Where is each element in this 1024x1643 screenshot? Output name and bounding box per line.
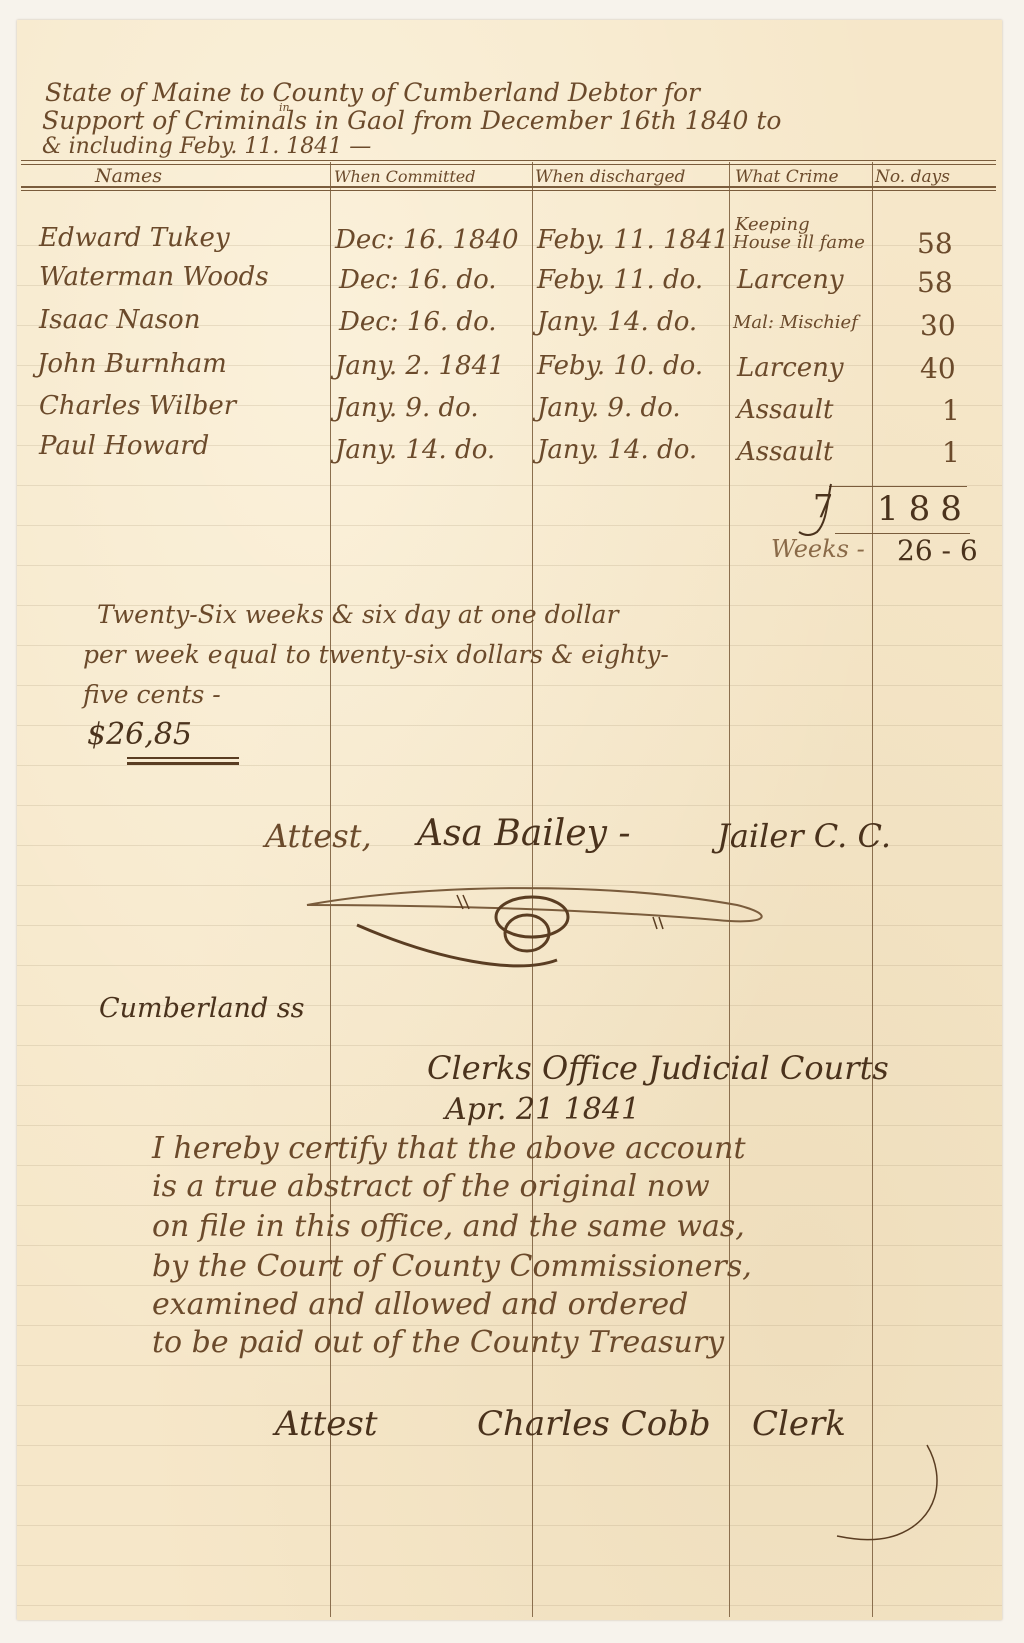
cert-line: is a true abstract of the original now [152,1172,710,1202]
cell-crime: House ill fame [733,234,865,252]
jailer-title: Jailer C. C. [717,820,891,852]
division-bracket [797,482,837,542]
amount-underline [127,762,239,765]
cell-days: 30 [920,312,956,340]
amount-underline [127,757,239,759]
cell-crime: Assault [737,397,833,423]
office-line: Clerks Office Judicial Courts [427,1052,889,1084]
cell-discharged: Feby. 10. do. [537,353,703,379]
weeks-label: Weeks - [771,537,865,561]
cell-days: 58 [917,230,953,258]
cell-committed: Dec: 16. 1840 [335,227,519,253]
cert-line: to be paid out of the County Treasury [152,1328,724,1358]
division-total: 188 [877,492,972,526]
column-header-names: Names [95,167,162,186]
cell-discharged: Jany. 14. do. [537,309,697,335]
cert-line: I hereby certify that the above account [152,1134,746,1164]
cell-crime: Assault [737,439,833,465]
cell-discharged: Feby. 11. 1841 [537,227,729,253]
cert-date: Apr. 21 1841 [445,1095,640,1125]
clerk-attest-label: Attest [275,1407,378,1441]
sum-rule [829,486,967,487]
cell-discharged: Jany. 14. do. [537,437,697,463]
document-page: State of Maine to County of Cumberland D… [17,20,1002,1620]
header-rule [21,160,996,161]
column-divider [872,162,873,1617]
cell-committed: Jany. 14. do. [335,437,495,463]
cell-crime: Larceny [737,267,844,293]
attest-label: Attest, [265,820,372,852]
signature-jailer: Asa Bailey - [417,816,631,852]
signature-flourish [297,865,797,975]
cell-name: Paul Howard [39,433,209,459]
summary-line: five cents - [83,682,221,707]
weeks-result: 26 - 6 [897,537,978,565]
clerk-title: Clerk [752,1407,846,1441]
column-header-days: No. days [875,169,950,186]
amount: $26,85 [87,720,192,750]
header-rule [21,164,996,165]
column-header-discharged: When discharged [535,169,685,186]
column-header-crime: What Crime [735,169,839,186]
header-rule [21,190,996,191]
cert-line: by the Court of County Commissioners, [152,1252,752,1282]
cert-line: examined and allowed and ordered [152,1290,688,1320]
cell-discharged: Feby. 11. do. [537,267,703,293]
cell-discharged: Jany. 9. do. [537,395,681,421]
heading-line: State of Maine to County of Cumberland D… [45,80,700,105]
signature-clerk: Charles Cobb [477,1407,711,1441]
cell-committed: Dec: 16. do. [339,267,497,293]
cell-name: Waterman Woods [39,264,269,290]
cell-crime: Larceny [737,355,844,381]
cell-crime: Mal: Mischief [733,314,858,332]
summary-line: per week equal to twenty-six dollars & e… [83,642,669,667]
column-header-committed: When Committed [334,169,476,185]
clerk-flourish [797,1440,957,1550]
cell-name: Charles Wilber [39,393,236,419]
cell-days: 40 [920,355,956,383]
cell-days: 1 [942,397,960,425]
heading-insert: in [279,102,290,113]
cell-name: Edward Tukey [39,225,230,251]
summary-line: Twenty-Six weeks & six day at one dollar [97,602,619,627]
cert-line: on file in this office, and the same was… [152,1212,745,1242]
cell-days: 58 [917,269,953,297]
header-rule [21,186,996,188]
cell-days: 1 [942,439,960,467]
cell-name: John Burnham [37,351,227,377]
heading-line: & including Feby. 11. 1841 — [42,136,371,158]
heading-line: Support of Criminals in Gaol from Decemb… [42,108,781,133]
cell-committed: Jany. 9. do. [335,395,479,421]
venue: Cumberland ss [99,995,305,1022]
cell-committed: Jany. 2. 1841 [335,353,505,379]
cell-committed: Dec: 16. do. [339,309,497,335]
cell-name: Isaac Nason [39,307,200,333]
